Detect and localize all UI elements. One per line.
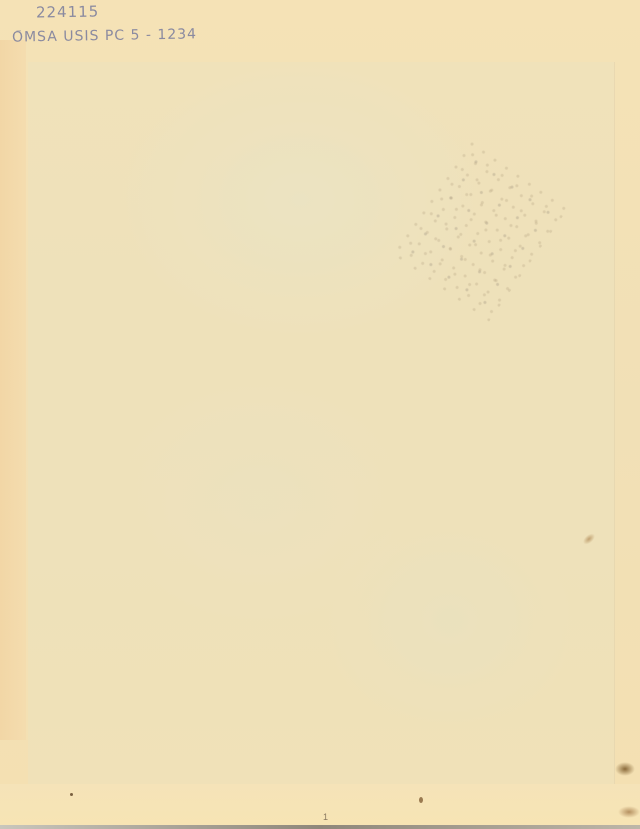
archive-reference: OMSA USIS PC 5 - 1234 [12,26,197,45]
stain [419,797,423,803]
paper-sheet: 224115 – OMSA USIS PC 5 - 1234 1 [0,0,640,826]
stain [615,762,635,776]
stain [70,793,73,796]
stain [618,806,640,818]
page-mark: 1 [323,812,328,822]
catalog-number: 224115 [36,2,100,21]
bottom-margin [0,784,640,826]
scan-bottom-edge [0,825,640,829]
faded-print-area [28,62,615,784]
left-edge-discoloration [0,40,26,740]
